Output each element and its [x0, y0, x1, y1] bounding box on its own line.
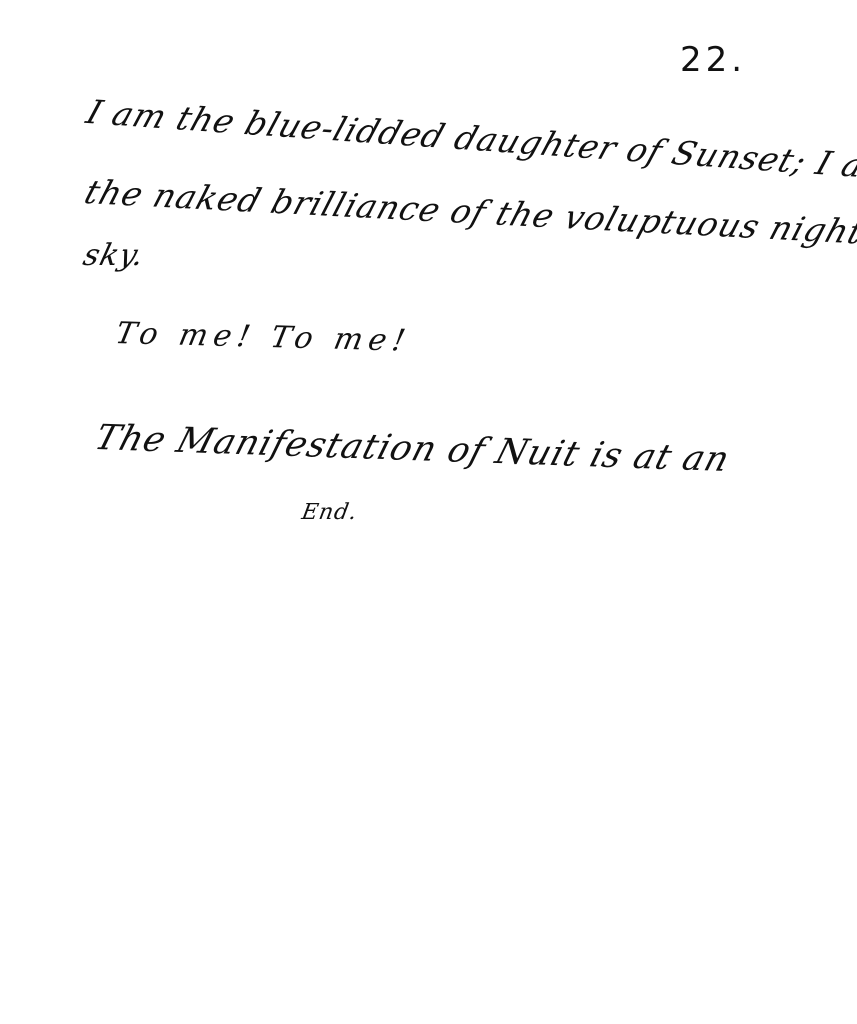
- manuscript-line-closing: The Manifestation of Nuit is at an: [90, 418, 734, 480]
- manuscript-line-exclamation: To me! To me!: [112, 316, 414, 359]
- manuscript-line-2: the naked brilliance of the voluptuous n…: [80, 172, 857, 252]
- page-number: 22.: [680, 40, 746, 80]
- manuscript-page: 22. I am the blue-lidded daughter of Sun…: [0, 0, 857, 1024]
- manuscript-line-end: End.: [300, 500, 360, 525]
- manuscript-line-3: sky.: [80, 238, 149, 273]
- manuscript-line-1: I am the blue-lidded daughter of Sunset;…: [82, 92, 857, 187]
